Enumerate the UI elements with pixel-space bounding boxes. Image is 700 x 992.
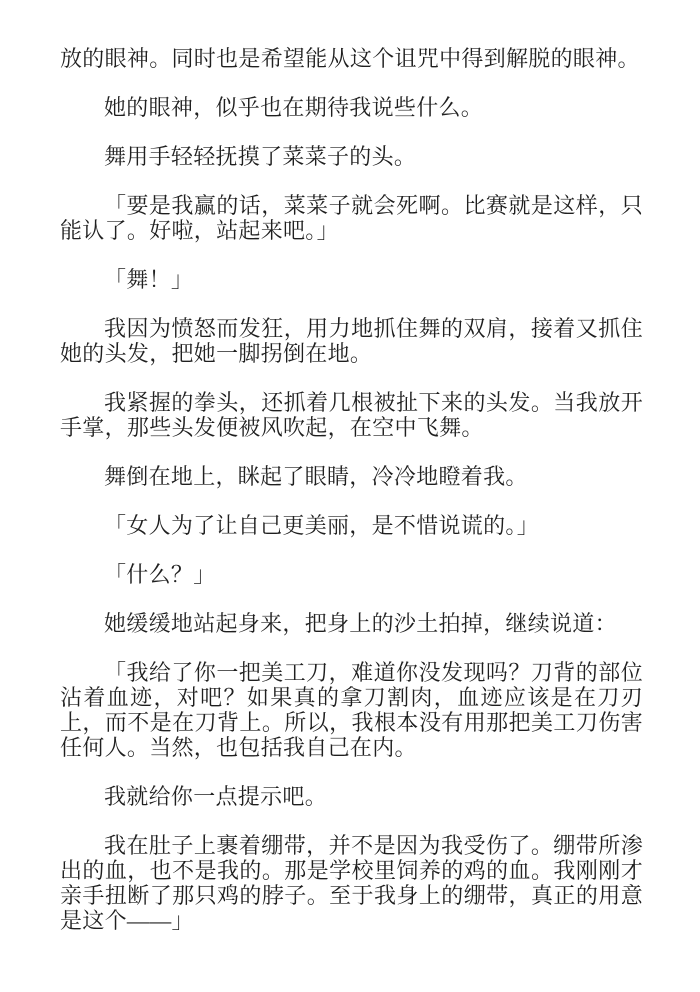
paragraph: 她缓缓地站起身来，把身上的沙土拍掉，继续说道： [60,611,643,636]
paragraph: 「什么？」 [60,562,643,587]
paragraph: 「要是我赢的话，菜菜子就会死啊。比赛就是这样，只能认了。好啦，站起来吧。」 [60,193,643,243]
paragraph: 舞用手轻轻抚摸了菜菜子的头。 [60,144,643,169]
paragraph: 放的眼神。同时也是希望能从这个诅咒中得到解脱的眼神。 [60,46,643,71]
paragraph: 我因为愤怒而发狂，用力地抓住舞的双肩，接着又抓住她的头发，把她一脚拐倒在地。 [60,316,643,366]
text-block: 放的眼神。同时也是希望能从这个诅咒中得到解脱的眼神。她的眼神，似乎也在期待我说些… [60,46,643,933]
paragraph: 我紧握的拳头，还抓着几根被扯下来的头发。当我放开手掌，那些头发便被风吹起，在空中… [60,390,643,440]
paragraph: 我在肚子上裹着绷带，并不是因为我受伤了。绷带所渗出的血，也不是我的。那是学校里饲… [60,833,643,933]
paragraph: 「我给了你一把美工刀，难道你没发现吗？刀背的部位沾着血迹，对吧？如果真的拿刀割肉… [60,660,643,760]
document-page: 放的眼神。同时也是希望能从这个诅咒中得到解脱的眼神。她的眼神，似乎也在期待我说些… [0,0,700,992]
paragraph: 她的眼神，似乎也在期待我说些什么。 [60,95,643,120]
paragraph: 舞倒在地上，眯起了眼睛，冷冷地瞪着我。 [60,464,643,489]
paragraph: 我就给你一点提示吧。 [60,784,643,809]
paragraph: 「女人为了让自己更美丽，是不惜说谎的。」 [60,513,643,538]
paragraph: 「舞！」 [60,267,643,292]
